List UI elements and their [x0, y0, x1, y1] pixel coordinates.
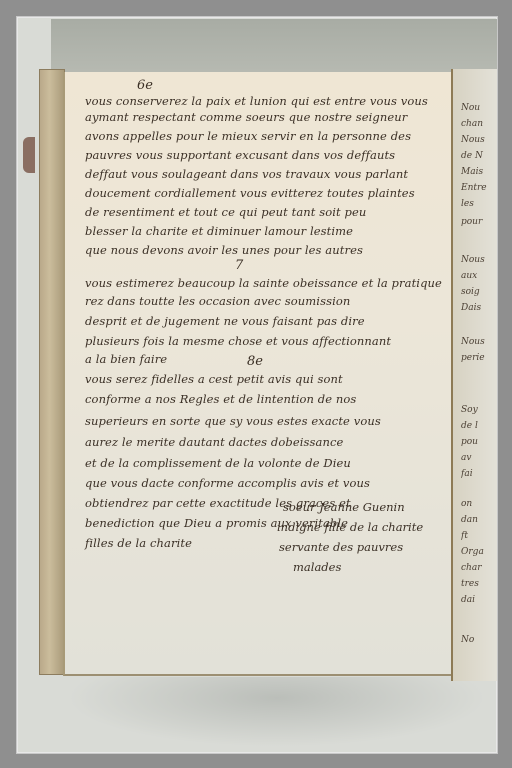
- facing-text: tres: [461, 579, 497, 589]
- page-marker: 6e: [137, 78, 153, 93]
- text-line: aurez le merite dautant dactes dobeissan…: [85, 435, 343, 449]
- facing-text: dan: [461, 515, 497, 525]
- facing-text: fai: [461, 469, 497, 479]
- ribbon-tab: [23, 137, 35, 173]
- facing-text: de l: [461, 421, 497, 431]
- signature-line: malades: [293, 560, 341, 574]
- facing-text: Mais: [461, 167, 497, 177]
- text-line: conforme a nos Regles et de lintention d…: [85, 392, 356, 406]
- book-shadow: [67, 677, 487, 747]
- text-line: blesser la charite et diminuer lamour le…: [85, 224, 353, 238]
- text-line: a la bien faire: [85, 352, 167, 366]
- text-line: deffaut vous soulageant dans vos travaux…: [85, 167, 408, 181]
- facing-text: No: [461, 635, 497, 645]
- signature-line: servante des pauvres: [279, 540, 403, 554]
- facing-text: chan: [461, 119, 497, 129]
- facing-text: ft: [461, 531, 497, 541]
- text-line: vous conserverez la paix et lunion qui e…: [85, 94, 428, 108]
- facing-text: les: [461, 199, 497, 209]
- text-line: pauvres vous supportant excusant dans vo…: [85, 148, 395, 162]
- facing-text: de N: [461, 151, 497, 161]
- facing-text: pou: [461, 437, 497, 447]
- text-line: aymant respectant comme soeurs que nostr…: [85, 110, 407, 124]
- facing-text: on: [461, 499, 497, 509]
- text-line: et de la complissement de la volonte de …: [85, 456, 351, 470]
- signature-line: indigne fille de la charite: [277, 520, 423, 534]
- text-line: superieurs en sorte que sy vous estes ex…: [85, 414, 381, 428]
- text-line: filles de la charite: [85, 536, 192, 550]
- text-line: vous serez fidelles a cest petit avis qu…: [85, 372, 343, 386]
- facing-text: Orga: [461, 547, 497, 557]
- backdrop-shadow: [51, 19, 497, 75]
- text-line: desprit et de jugement ne vous faisant p…: [85, 314, 365, 328]
- facing-text: Nous: [461, 255, 497, 265]
- facing-text: pour: [461, 217, 497, 227]
- text-line: rez dans toutte les occasion avec soumis…: [85, 294, 350, 308]
- section-marker: 7: [235, 258, 243, 273]
- facing-text: Nous: [461, 135, 497, 145]
- manuscript-page: 6e vous conserverez la paix et lunion qu…: [63, 72, 451, 676]
- facing-text: aux: [461, 271, 497, 281]
- facing-text: dai: [461, 595, 497, 605]
- facing-text: perie: [461, 353, 497, 363]
- facing-text: soig: [461, 287, 497, 297]
- book-spine: [39, 69, 65, 675]
- text-line: que nous devons avoir les unes pour les …: [85, 243, 363, 257]
- facing-text: Dais: [461, 303, 497, 313]
- facing-text: av: [461, 453, 497, 463]
- facing-page: Nou chan Nous de N Mais Entre les pour N…: [451, 69, 498, 681]
- text-line: de resentiment et tout ce qui peut tant …: [85, 205, 366, 219]
- facing-text: char: [461, 563, 497, 573]
- text-line: plusieurs fois la mesme chose et vous af…: [85, 334, 391, 348]
- text-line: vous estimerez beaucoup la sainte obeiss…: [85, 276, 442, 290]
- facing-text: Entre: [461, 183, 497, 193]
- text-line: doucement cordiallement vous evitterez t…: [85, 186, 415, 200]
- facing-text: Nous: [461, 337, 497, 347]
- facing-text: Soy: [461, 405, 497, 415]
- text-line: que vous dacte conforme accomplis avis e…: [85, 476, 370, 490]
- section-marker: 8e: [247, 354, 263, 369]
- photo-frame: 6e vous conserverez la paix et lunion qu…: [16, 16, 498, 754]
- signature-line: soeur Jeanne Guenin: [283, 500, 405, 514]
- facing-text: Nou: [461, 103, 497, 113]
- text-line: avons appelles pour le mieux servir en l…: [85, 129, 411, 143]
